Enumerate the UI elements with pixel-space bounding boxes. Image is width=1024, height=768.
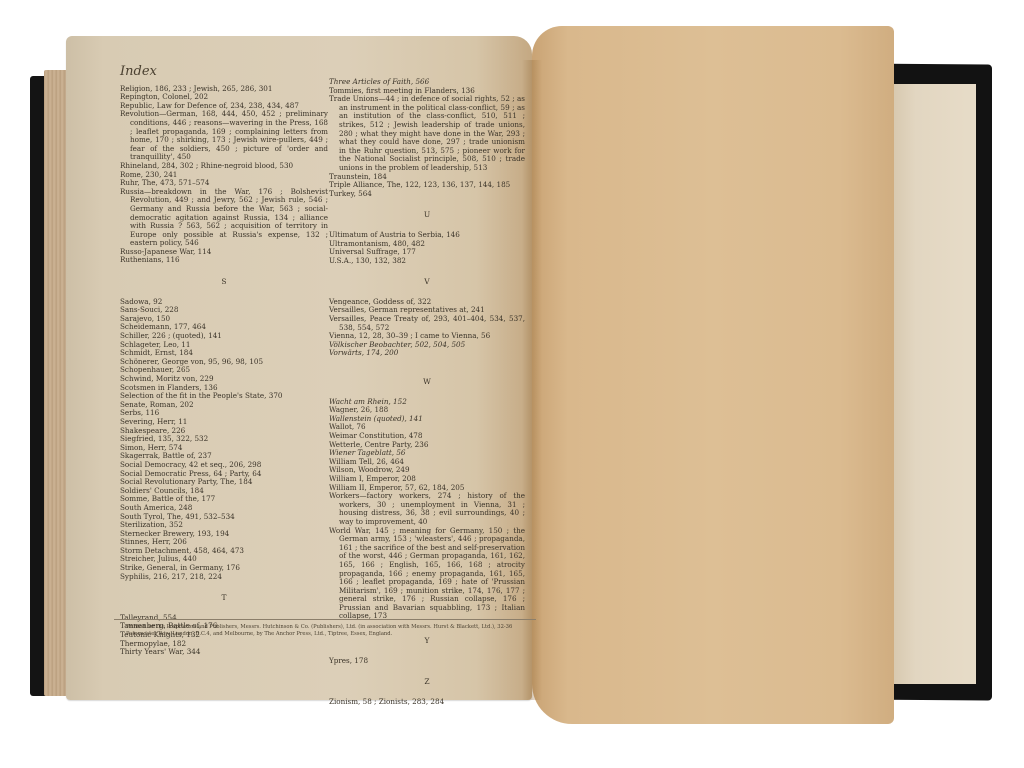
index-entry: Workers—factory workers, 274 ; history o… (329, 492, 525, 526)
endpaper (890, 84, 976, 684)
index-entry: World War, 145 ; meaning for Germany, 15… (329, 527, 525, 622)
index-entry: Revolution—German, 168, 444, 450, 452 ; … (120, 110, 328, 162)
section-t-continued: Three Articles of Faith, 566 Tommies, fi… (329, 78, 525, 198)
index-entry: Syphilis, 216, 217, 218, 224 (120, 573, 328, 582)
index-entry: Vorwärts, 174, 200 (329, 349, 525, 358)
section-letter-v: V (329, 278, 525, 287)
section-letter-w: W (329, 378, 525, 387)
index-entry: Ruthenians, 116 (120, 256, 328, 265)
index-column-left: Index Religion, 186, 233 ; Jewish, 265, … (120, 68, 328, 657)
section-letter-s: S (120, 278, 328, 287)
section-s: Sadowa, 92 Sans-Souci, 228 Sarajevo, 150… (120, 298, 328, 582)
printer-colophon: Printed for the Proprietors and Publishe… (114, 619, 536, 638)
section-u: Ultimatum of Austria to Serbia, 146 Ultr… (329, 231, 525, 265)
section-v: Vengeance, Goddess of, 322 Versailles, G… (329, 298, 525, 358)
section-letter-u: U (329, 211, 525, 220)
index-entry: Thirty Years' War, 344 (120, 648, 328, 657)
index-entry: Trade Unions—44 ; in defence of social r… (329, 95, 525, 172)
index-entry: U.S.A., 130, 132, 382 (329, 257, 525, 266)
index-column-right: Three Articles of Faith, 566 Tommies, fi… (329, 78, 525, 706)
index-entry: Russia—breakdown in the War, 176 ; Bolsh… (120, 188, 328, 248)
section-letter-z: Z (329, 678, 525, 687)
index-entry: Versailles, Peace Treaty of, 293, 401–40… (329, 315, 525, 332)
blank-right-page[interactable] (532, 26, 894, 724)
index-entry: Ypres, 178 (329, 657, 525, 666)
section-letter-t: T (120, 594, 328, 603)
section-letter-y: Y (329, 637, 525, 646)
section-r: Religion, 186, 233 ; Jewish, 265, 286, 3… (120, 85, 328, 265)
section-w: Wacht am Rhein, 152 Wagner, 26, 188 Wall… (329, 398, 525, 621)
book-gutter (522, 60, 542, 700)
index-entry: Zionism, 58 ; Zionists, 283, 284 (329, 698, 525, 707)
section-z: Zionism, 58 ; Zionists, 283, 284 (329, 698, 525, 707)
section-y: Ypres, 178 (329, 657, 525, 666)
page-heading: Index (120, 68, 328, 77)
index-entry: Turkey, 564 (329, 190, 525, 199)
